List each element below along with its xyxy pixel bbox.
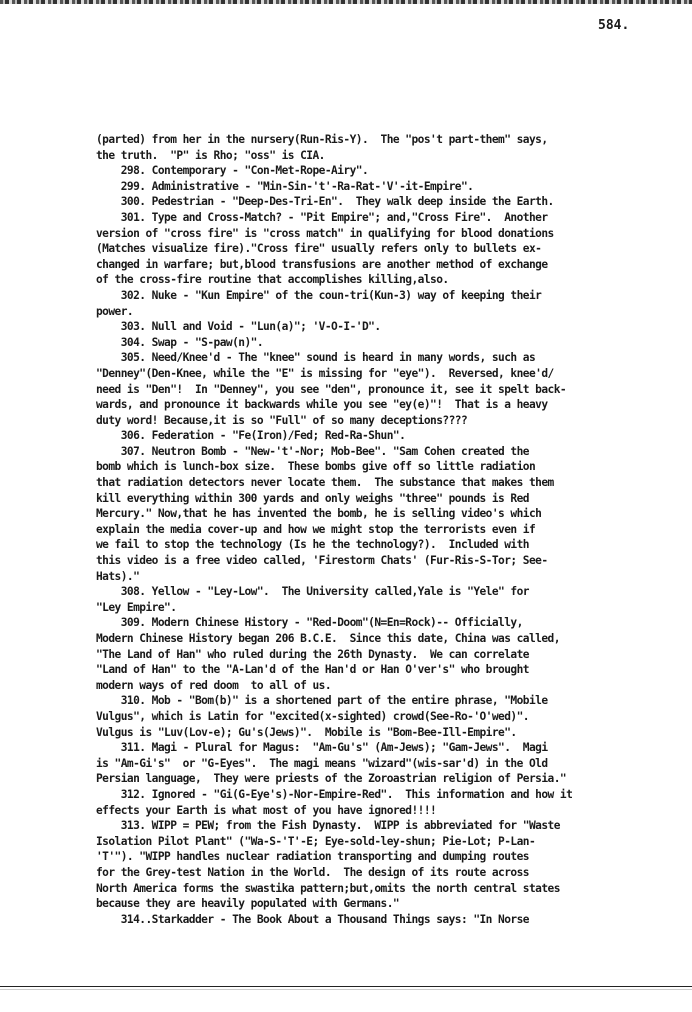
text-line: 313. WIPP = PEW; from the Fish Dynasty. … bbox=[96, 818, 656, 834]
text-line: "Ley Empire". bbox=[96, 600, 656, 616]
text-line: 314..Starkadder - The Book About a Thous… bbox=[96, 912, 656, 928]
text-line: (parted) from her in the nursery(Run-Ris… bbox=[96, 132, 656, 148]
scan-edge-noise bbox=[0, 0, 692, 4]
text-line: duty word! Because,it is so "Full" of so… bbox=[96, 413, 656, 429]
page-number: 584. bbox=[598, 18, 629, 33]
text-line: 307. Neutron Bomb - "New-'t'-Nor; Mob-Be… bbox=[96, 444, 656, 460]
text-line: (Matches visualize fire)."Cross fire" us… bbox=[96, 241, 656, 257]
bottom-divider bbox=[0, 986, 692, 987]
text-line: 309. Modern Chinese History - "Red-Doom"… bbox=[96, 615, 656, 631]
text-line: changed in warfare; but,blood transfusio… bbox=[96, 257, 656, 273]
text-line: Modern Chinese History began 206 B.C.E. … bbox=[96, 631, 656, 647]
text-line: Vulgus is "Luv(Lov-e); Gu's(Jews)". Mobi… bbox=[96, 725, 656, 741]
text-line: bomb which is lunch-box size. These bomb… bbox=[96, 459, 656, 475]
bottom-divider-shadow bbox=[0, 989, 692, 990]
text-line: 311. Magi - Plural for Magus: "Am-Gu's" … bbox=[96, 740, 656, 756]
text-line: kill everything within 300 yards and onl… bbox=[96, 491, 656, 507]
text-line: "The Land of Han" who ruled during the 2… bbox=[96, 647, 656, 663]
text-line: 301. Type and Cross-Match? - "Pit Empire… bbox=[96, 210, 656, 226]
text-line: 302. Nuke - "Kun Empire" of the coun-tri… bbox=[96, 288, 656, 304]
text-line: explain the media cover-up and how we mi… bbox=[96, 522, 656, 538]
text-line: of the cross-fire routine that accomplis… bbox=[96, 272, 656, 288]
document-body: (parted) from her in the nursery(Run-Ris… bbox=[96, 132, 656, 927]
text-line: need is "Den"! In "Denney", you see "den… bbox=[96, 382, 656, 398]
text-line: this video is a free video called, 'Fire… bbox=[96, 553, 656, 569]
text-line: 306. Federation - "Fe(Iron)/Fed; Red-Ra-… bbox=[96, 428, 656, 444]
text-line: Vulgus", which is Latin for "excited(x-s… bbox=[96, 709, 656, 725]
text-line: version of "cross fire" is "cross match"… bbox=[96, 226, 656, 242]
text-line: effects your Earth is what most of you h… bbox=[96, 803, 656, 819]
text-line: Hats)." bbox=[96, 569, 656, 585]
text-line: for the Grey-test Nation in the World. T… bbox=[96, 865, 656, 881]
text-line: the truth. "P" is Rho; "oss" is CIA. bbox=[96, 148, 656, 164]
text-line: 'T'"). "WIPP handles nuclear radiation t… bbox=[96, 849, 656, 865]
text-line: 300. Pedestrian - "Deep-Des-Tri-En". The… bbox=[96, 194, 656, 210]
text-line: because they are heavily populated with … bbox=[96, 896, 656, 912]
text-line: 312. Ignored - "Gi(G-Eye's)-Nor-Empire-R… bbox=[96, 787, 656, 803]
text-line: power. bbox=[96, 304, 656, 320]
text-line: modern ways of red doom to all of us. bbox=[96, 678, 656, 694]
text-line: 299. Administrative - "Min-Sin-'t'-Ra-Ra… bbox=[96, 179, 656, 195]
text-line: 310. Mob - "Bom(b)" is a shortened part … bbox=[96, 693, 656, 709]
text-line: is "Am-Gi's" or "G-Eyes". The magi means… bbox=[96, 756, 656, 772]
text-line: 304. Swap - "S-paw(n)". bbox=[96, 335, 656, 351]
text-line: 303. Null and Void - "Lun(a)"; 'V-O-I-'D… bbox=[96, 319, 656, 335]
text-line: 298. Contemporary - "Con-Met-Rope-Airy". bbox=[96, 163, 656, 179]
text-line: wards, and pronounce it backwards while … bbox=[96, 397, 656, 413]
text-line: "Denney"(Den-Knee, while the "E" is miss… bbox=[96, 366, 656, 382]
text-line: "Land of Han" to the "A-Lan'd of the Han… bbox=[96, 662, 656, 678]
text-line: Persian language, They were priests of t… bbox=[96, 771, 656, 787]
text-line: Isolation Pilot Plant" ("Wa-S-'T'-E; Eye… bbox=[96, 834, 656, 850]
text-line: that radiation detectors never locate th… bbox=[96, 475, 656, 491]
text-line: 305. Need/Knee'd - The "knee" sound is h… bbox=[96, 350, 656, 366]
text-line: Mercury." Now,that he has invented the b… bbox=[96, 506, 656, 522]
text-line: we fail to stop the technology (Is he th… bbox=[96, 537, 656, 553]
text-line: North America forms the swastika pattern… bbox=[96, 881, 656, 897]
text-line: 308. Yellow - "Ley-Low". The University … bbox=[96, 584, 656, 600]
